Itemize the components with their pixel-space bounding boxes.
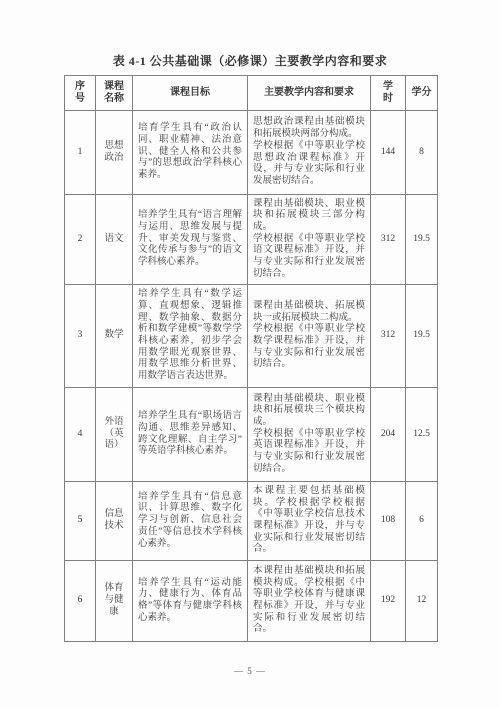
cell-course-name: 数学 (96, 285, 133, 388)
cell-no: 5 (65, 482, 96, 561)
cell-credits: 19.5 (406, 285, 438, 388)
header-credits: 学分 (406, 76, 438, 111)
page-number: — 5 — (0, 666, 500, 676)
header-course-goal: 课程目标 (133, 76, 248, 111)
cell-course-goal: 培养学生具有“职场语言沟通、思维差异感知、跨文化理解、自主学习”等英语学科核心素… (133, 388, 248, 482)
header-course-name: 课程 名称 (96, 76, 133, 111)
cell-course-goal: 培养学生具有“语言理解与运用、思维发展与提升、审美发现与鉴赏、文化传承与参与”的… (133, 195, 248, 285)
cell-main-content: 思想政治课程由基础模块和拓展模块两部分构成。 学校根据《中等职业学校思想政治课程… (248, 111, 371, 195)
cell-main-content: 课程由基础模块、拓展模块一或拓展模块二构成。 学校根据《中等职业学校数学课程标准… (248, 285, 371, 388)
header-no: 序 号 (65, 76, 96, 111)
cell-main-content: 课程由基础模块、职业模块和拓展模块三个模块构成。 学校根据《中等职业学校英语课程… (248, 388, 371, 482)
cell-no: 4 (65, 388, 96, 482)
cell-course-goal: 培养学生具有“信息意识、计算思维、数字化学习与创新、信息社会责任”等信息技术学科… (133, 482, 248, 561)
cell-hours: 312 (371, 285, 406, 388)
cell-main-content: 本课程由基础模块和拓展模块构成。学校根据《中等职业学校体育与健康课程标准》开设，… (248, 561, 371, 642)
cell-credits: 19.5 (406, 195, 438, 285)
cell-hours: 312 (371, 195, 406, 285)
cell-course-name: 体育 与健 康 (96, 561, 133, 642)
cell-course-goal: 培养学生具有“运动能力、健康行为、体育品格”等体育与健康学科核心素养。 (133, 561, 248, 642)
table-row: 1 思想 政治 培育学生具有“政治认同、职业精神、法治意识、健全人格和公共参与”… (65, 111, 438, 195)
cell-hours: 108 (371, 482, 406, 561)
cell-hours: 144 (371, 111, 406, 195)
cell-no: 3 (65, 285, 96, 388)
table-row: 4 外语 （英 语） 培养学生具有“职场语言沟通、思维差异感知、跨文化理解、自主… (65, 388, 438, 482)
cell-course-name: 语文 (96, 195, 133, 285)
cell-course-name: 外语 （英 语） (96, 388, 133, 482)
cell-hours: 192 (371, 561, 406, 642)
table-header-row: 序 号 课程 名称 课程目标 主要教学内容和要求 学 时 学分 (65, 76, 438, 111)
table-row: 3 数学 培养学生具有“数学运算、直观想象、逻辑推理、数学抽象、数据分析和数学建… (65, 285, 438, 388)
cell-main-content: 本课程主要包括基础模块。学校根据学校根据《中等职业学校信息技术课程标准》开设，并… (248, 482, 371, 561)
cell-course-name: 思想 政治 (96, 111, 133, 195)
cell-course-goal: 培育学生具有“政治认同、职业精神、法治意识、健全人格和公共参与”的思想政治学科核… (133, 111, 248, 195)
cell-credits: 12 (406, 561, 438, 642)
table-row: 2 语文 培养学生具有“语言理解与运用、思维发展与提升、审美发现与鉴赏、文化传承… (65, 195, 438, 285)
cell-no: 1 (65, 111, 96, 195)
cell-credits: 8 (406, 111, 438, 195)
cell-credits: 12.5 (406, 388, 438, 482)
cell-course-name: 信息 技术 (96, 482, 133, 561)
document-page: { "page": { "title": "表 4-1 公共基础课（必修课）主要… (0, 0, 500, 707)
cell-main-content: 课程由基础模块、职业模块和拓展模块三部分构成。 学校根据《中等职业学校语文课程标… (248, 195, 371, 285)
table-row: 5 信息 技术 培养学生具有“信息意识、计算思维、数字化学习与创新、信息社会责任… (65, 482, 438, 561)
header-main-content: 主要教学内容和要求 (248, 76, 371, 111)
header-hours: 学 时 (371, 76, 406, 111)
table-caption: 表 4-1 公共基础课（必修课）主要教学内容和要求 (0, 0, 500, 69)
cell-course-goal: 培养学生具有“数学运算、直观想象、逻辑推理、数学抽象、数据分析和数学建模”等数学… (133, 285, 248, 388)
cell-credits: 6 (406, 482, 438, 561)
cell-hours: 204 (371, 388, 406, 482)
table-row: 6 体育 与健 康 培养学生具有“运动能力、健康行为、体育品格”等体育与健康学科… (65, 561, 438, 642)
course-table: 序 号 课程 名称 课程目标 主要教学内容和要求 学 时 学分 1 思想 政治 … (64, 75, 438, 642)
cell-no: 6 (65, 561, 96, 642)
cell-no: 2 (65, 195, 96, 285)
